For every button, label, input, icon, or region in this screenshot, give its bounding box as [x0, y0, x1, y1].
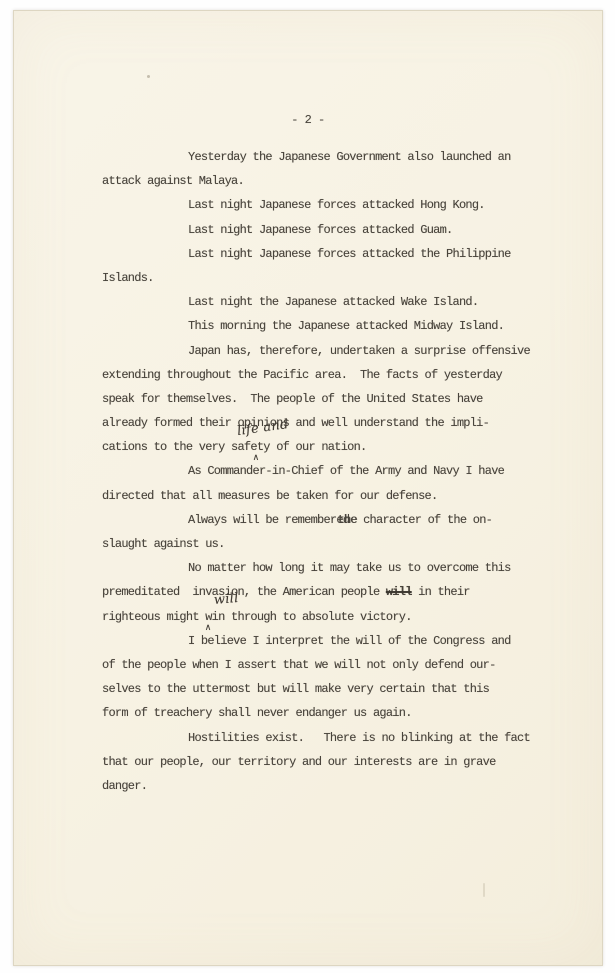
- typescript-line: Last night the Japanese attacked Wake Is…: [102, 290, 572, 314]
- typed-text: Hostilities exist. There is no blinking …: [188, 731, 530, 745]
- typed-text: attack against Malaya.: [102, 174, 244, 188]
- typed-text: cations to the very: [102, 440, 225, 454]
- typescript-line: This morning the Japanese attacked Midwa…: [102, 314, 572, 338]
- typed-text: premeditated invasion, the American peop…: [102, 585, 386, 599]
- typescript-line: Yesterday the Japanese Government also l…: [102, 145, 572, 169]
- typed-text: As Commander-in-Chief of the Army and Na…: [188, 464, 504, 478]
- typed-text: in their: [412, 585, 470, 599]
- overtyped-word: the: [337, 513, 356, 527]
- typescript-line: Last night Japanese forces attacked Hong…: [102, 193, 572, 217]
- typed-text: danger.: [102, 779, 147, 793]
- typescript-line: Last night Japanese forces attacked the …: [102, 242, 572, 266]
- typescript-body: Yesterday the Japanese Government also l…: [102, 145, 572, 798]
- typed-text: Yesterday the Japanese Government also l…: [188, 150, 511, 164]
- typescript-line: form of treachery shall never endanger u…: [102, 701, 572, 725]
- typescript-line: Japan has, therefore, undertaken a surpr…: [102, 339, 572, 363]
- typed-text: Islands.: [102, 271, 154, 285]
- typed-text: that our people, our territory and our i…: [102, 755, 496, 769]
- typescript-line: Last night Japanese forces attacked Guam…: [102, 218, 572, 242]
- typed-text: form of treachery shall never endanger u…: [102, 706, 412, 720]
- typed-text: Japan has, therefore, undertaken a surpr…: [188, 344, 530, 358]
- typescript-line: righteous mightwill∧ win through to abso…: [102, 605, 572, 629]
- typescript-line: of the people when I assert that we will…: [102, 653, 572, 677]
- struck-word: will: [386, 585, 412, 599]
- typed-text: speak for themselves. The people of the …: [102, 392, 483, 406]
- typescript-line: that our people, our territory and our i…: [102, 750, 572, 774]
- typed-text: selves to the uttermost but will make ve…: [102, 682, 489, 696]
- typed-text: No matter how long it may take us to ove…: [188, 561, 511, 575]
- typed-text: slaught against us.: [102, 537, 225, 551]
- typed-text: directed that all measures be taken for …: [102, 489, 437, 503]
- typescript-line: danger.: [102, 774, 572, 798]
- caret-mark: ∧: [205, 624, 212, 633]
- paper-speck: [147, 75, 150, 78]
- typed-text: Always will be remembered: [188, 513, 349, 527]
- typescript-line: slaught against us.: [102, 532, 572, 556]
- typed-text: righteous might: [102, 610, 199, 624]
- typed-text: of the people when I assert that we will…: [102, 658, 496, 672]
- typed-text: character of the on-: [357, 513, 492, 527]
- typescript-line: directed that all measures be taken for …: [102, 484, 572, 508]
- typescript-line: Always will be rememberedthe character o…: [102, 508, 572, 532]
- typescript-line: extending throughout the Pacific area. T…: [102, 363, 572, 387]
- typescript-line: Islands.: [102, 266, 572, 290]
- typescript-line: selves to the uttermost but will make ve…: [102, 677, 572, 701]
- typescript-line: Hostilities exist. There is no blinking …: [102, 726, 572, 750]
- typed-text: Last night the Japanese attacked Wake Is…: [188, 295, 478, 309]
- typed-text: I believe I interpret the will of the Co…: [188, 634, 511, 648]
- typescript-line: cations to the verylife and∧ safety of o…: [102, 435, 572, 459]
- typescript-line: attack against Malaya.: [102, 169, 572, 193]
- typescript-line: already formed their opinions and well u…: [102, 411, 572, 435]
- typed-text: extending throughout the Pacific area. T…: [102, 368, 502, 382]
- typed-text: Last night Japanese forces attacked Hong…: [188, 198, 485, 212]
- typed-text: Last night Japanese forces attacked the …: [188, 247, 511, 261]
- typescript-line: No matter how long it may take us to ove…: [102, 556, 572, 580]
- document-page: - 2 - Yesterday the Japanese Government …: [13, 10, 603, 966]
- typescript-line: premeditated invasion, the American peop…: [102, 580, 572, 604]
- typed-text: Last night Japanese forces attacked Guam…: [188, 223, 453, 237]
- typescript-line: I believe I interpret the will of the Co…: [102, 629, 572, 653]
- page-number: - 2 -: [14, 113, 602, 127]
- typed-text: This morning the Japanese attacked Midwa…: [188, 319, 504, 333]
- handwritten-text: will: [213, 587, 240, 613]
- typescript-line: speak for themselves. The people of the …: [102, 387, 572, 411]
- typed-text: already formed their opinions and well u…: [102, 416, 489, 430]
- caret-mark: ∧: [253, 454, 260, 463]
- scan-background: - 2 - Yesterday the Japanese Government …: [0, 0, 615, 973]
- typescript-line: As Commander-in-Chief of the Army and Na…: [102, 459, 572, 483]
- paper-speck: [483, 883, 485, 897]
